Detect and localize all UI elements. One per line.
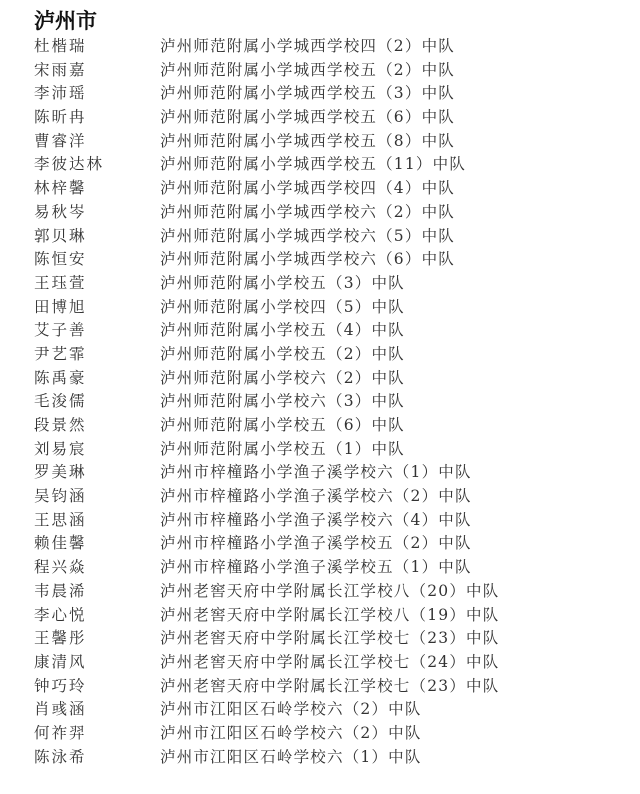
student-name: 刘易宸 [34,438,160,462]
student-name: 尹艺霏 [34,343,160,367]
list-item: 郭贝琳泸州师范附属小学城西学校六（5）中队 [34,225,624,249]
student-name: 王馨彤 [34,627,160,651]
school-class: 泸州师范附属小学校五（3）中队 [160,272,405,296]
student-name: 程兴焱 [34,556,160,580]
student-name: 曹睿洋 [34,130,160,154]
student-name: 陈泳希 [34,746,160,770]
student-name: 艾子善 [34,319,160,343]
list-item: 陈昕冉泸州师范附属小学城西学校五（6）中队 [34,106,624,130]
list-item: 王馨彤泸州老窖天府中学附属长江学校七（23）中队 [34,627,624,651]
student-name: 李沛瑶 [34,82,160,106]
student-name: 陈恒安 [34,248,160,272]
student-name: 王思涵 [34,509,160,533]
student-name: 肖彧涵 [34,698,160,722]
school-class: 泸州市江阳区石岭学校六（2）中队 [160,722,422,746]
school-class: 泸州师范附属小学城西学校五（3）中队 [160,82,455,106]
student-name: 宋雨嘉 [34,59,160,83]
list-item: 李彼达林泸州师范附属小学城西学校五（11）中队 [34,153,624,177]
student-name: 易秋岑 [34,201,160,225]
student-name: 杜楷瑞 [34,35,160,59]
school-class: 泸州师范附属小学校六（3）中队 [160,390,405,414]
student-name: 陈禹豪 [34,367,160,391]
list-item: 艾子善泸州师范附属小学校五（4）中队 [34,319,624,343]
list-item: 陈泳希泸州市江阳区石岭学校六（1）中队 [34,746,624,770]
list-item: 毛浚儒泸州师范附属小学校六（3）中队 [34,390,624,414]
student-name: 林梓馨 [34,177,160,201]
school-class: 泸州师范附属小学城西学校五（8）中队 [160,130,455,154]
school-class: 泸州市江阳区石岭学校六（1）中队 [160,746,422,770]
school-class: 泸州老窖天府中学附属长江学校八（20）中队 [160,580,499,604]
school-class: 泸州师范附属小学城西学校六（2）中队 [160,201,455,225]
city-heading: 泸州市 [34,8,624,35]
list-item: 何祚羿泸州市江阳区石岭学校六（2）中队 [34,722,624,746]
list-item: 程兴焱泸州市梓橦路小学渔子溪学校五（1）中队 [34,556,624,580]
student-name: 李彼达林 [34,153,160,177]
student-name: 吴钧涵 [34,485,160,509]
student-name: 陈昕冉 [34,106,160,130]
list-item: 林梓馨泸州师范附属小学城西学校四（4）中队 [34,177,624,201]
school-class: 泸州市梓橦路小学渔子溪学校六（2）中队 [160,485,472,509]
school-class: 泸州市梓橦路小学渔子溪学校六（4）中队 [160,509,472,533]
list-item: 肖彧涵泸州市江阳区石岭学校六（2）中队 [34,698,624,722]
school-class: 泸州市梓橦路小学渔子溪学校五（1）中队 [160,556,472,580]
school-class: 泸州师范附属小学校五（2）中队 [160,343,405,367]
school-class: 泸州师范附属小学城西学校五（6）中队 [160,106,455,130]
school-class: 泸州师范附属小学校六（2）中队 [160,367,405,391]
school-class: 泸州老窖天府中学附属长江学校七（24）中队 [160,651,499,675]
student-name: 何祚羿 [34,722,160,746]
list-item: 易秋岑泸州师范附属小学城西学校六（2）中队 [34,201,624,225]
document-page: 泸州市 杜楷瑞泸州师范附属小学城西学校四（2）中队 宋雨嘉泸州师范附属小学城西学… [34,8,624,769]
list-item: 田博旭泸州师范附属小学校四（5）中队 [34,296,624,320]
list-item: 宋雨嘉泸州师范附属小学城西学校五（2）中队 [34,59,624,83]
student-name: 罗美琳 [34,461,160,485]
list-item: 赖佳馨泸州市梓橦路小学渔子溪学校五（2）中队 [34,532,624,556]
list-item: 王珏萱泸州师范附属小学校五（3）中队 [34,272,624,296]
list-item: 罗美琳泸州市梓橦路小学渔子溪学校六（1）中队 [34,461,624,485]
school-class: 泸州市梓橦路小学渔子溪学校六（1）中队 [160,461,472,485]
list-item: 钟巧玲泸州老窖天府中学附属长江学校七（23）中队 [34,675,624,699]
school-class: 泸州师范附属小学城西学校四（2）中队 [160,35,455,59]
school-class: 泸州师范附属小学城西学校六（6）中队 [160,248,455,272]
list-item: 段景然泸州师范附属小学校五（6）中队 [34,414,624,438]
student-name: 王珏萱 [34,272,160,296]
student-name: 毛浚儒 [34,390,160,414]
school-class: 泸州老窖天府中学附属长江学校七（23）中队 [160,627,499,651]
school-class: 泸州师范附属小学校五（4）中队 [160,319,405,343]
school-class: 泸州师范附属小学城西学校六（5）中队 [160,225,455,249]
school-class: 泸州师范附属小学城西学校四（4）中队 [160,177,455,201]
list-item: 王思涵泸州市梓橦路小学渔子溪学校六（4）中队 [34,509,624,533]
student-name: 钟巧玲 [34,675,160,699]
school-class: 泸州市江阳区石岭学校六（2）中队 [160,698,422,722]
list-item: 李沛瑶泸州师范附属小学城西学校五（3）中队 [34,82,624,106]
student-name: 韦晨浠 [34,580,160,604]
school-class: 泸州市梓橦路小学渔子溪学校五（2）中队 [160,532,472,556]
student-name: 赖佳馨 [34,532,160,556]
school-class: 泸州老窖天府中学附属长江学校七（23）中队 [160,675,499,699]
list-item: 韦晨浠泸州老窖天府中学附属长江学校八（20）中队 [34,580,624,604]
award-list: 杜楷瑞泸州师范附属小学城西学校四（2）中队 宋雨嘉泸州师范附属小学城西学校五（2… [34,35,624,769]
school-class: 泸州师范附属小学校五（6）中队 [160,414,405,438]
list-item: 陈恒安泸州师范附属小学城西学校六（6）中队 [34,248,624,272]
list-item: 康清风泸州老窖天府中学附属长江学校七（24）中队 [34,651,624,675]
student-name: 段景然 [34,414,160,438]
school-class: 泸州老窖天府中学附属长江学校八（19）中队 [160,604,499,628]
school-class: 泸州师范附属小学校四（5）中队 [160,296,405,320]
list-item: 陈禹豪泸州师范附属小学校六（2）中队 [34,367,624,391]
list-item: 刘易宸泸州师范附属小学校五（1）中队 [34,438,624,462]
list-item: 吴钧涵泸州市梓橦路小学渔子溪学校六（2）中队 [34,485,624,509]
list-item: 李心悦泸州老窖天府中学附属长江学校八（19）中队 [34,604,624,628]
list-item: 杜楷瑞泸州师范附属小学城西学校四（2）中队 [34,35,624,59]
student-name: 李心悦 [34,604,160,628]
school-class: 泸州师范附属小学城西学校五（11）中队 [160,153,466,177]
list-item: 尹艺霏泸州师范附属小学校五（2）中队 [34,343,624,367]
list-item: 曹睿洋泸州师范附属小学城西学校五（8）中队 [34,130,624,154]
student-name: 康清风 [34,651,160,675]
school-class: 泸州师范附属小学校五（1）中队 [160,438,405,462]
student-name: 田博旭 [34,296,160,320]
school-class: 泸州师范附属小学城西学校五（2）中队 [160,59,455,83]
student-name: 郭贝琳 [34,225,160,249]
